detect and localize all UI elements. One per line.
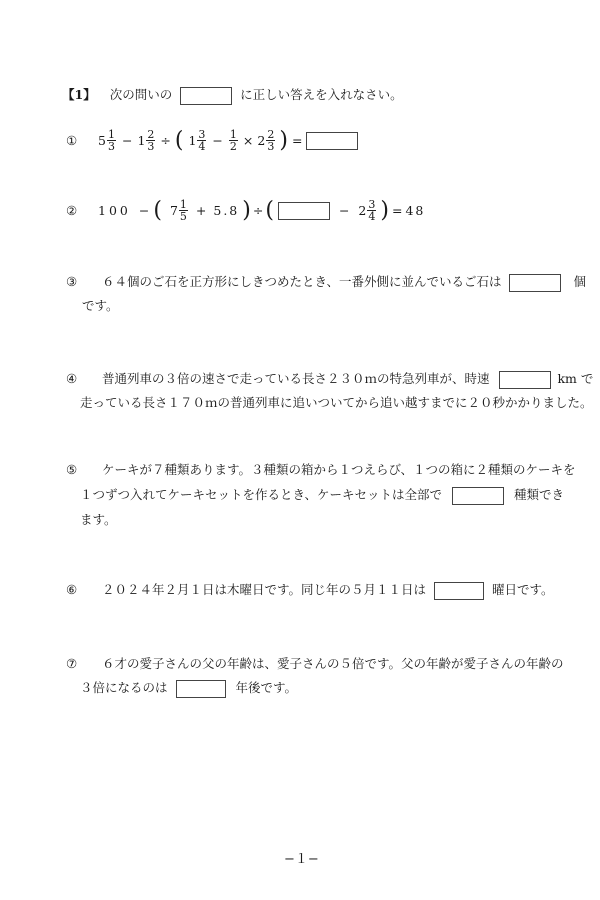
fraction: 12 [229,129,238,152]
section-label: 【1】 [62,87,96,102]
problem-2: ② 100 − ( 7 15 + 5.8 ) ÷ ( − 2 34 ) = 48 [66,198,425,223]
fraction: 15 [179,199,188,222]
problem-number: ⑥ [66,578,90,602]
answer-box-example [180,87,232,105]
problem-number: ④ [66,367,90,391]
problem-number: ③ [66,270,90,294]
problem-1: ① 5 13 − 1 23 ÷ ( 1 34 − 12 × 2 23 ) = [66,128,358,153]
fraction: 34 [367,199,376,222]
problem-number: ⑤ [66,458,90,482]
answer-box-5[interactable] [452,487,504,505]
problem-5: ⑤ ケーキが７種類あります。３種類の箱から１つえらび、１つの箱に２種類のケーキを [66,458,576,482]
answer-box-7[interactable] [176,680,226,698]
answer-box-3[interactable] [509,274,561,292]
problem-number: ⑦ [66,652,90,676]
section-header: 【1】 次の問いの に正しい答えを入れなさい。 [62,83,403,107]
problem-3: ③ ６４個のご石を正方形にしきつめたとき、一番外側に並んでいるご石は 個 [66,270,586,294]
instruction-text-after: に正しい答えを入れなさい。 [240,87,403,102]
problem-4: ④ 普通列車の３倍の速さで走っている長さ２３０ｍの特急列車が、時速 km で [66,367,593,391]
page-number: −１− [284,848,319,867]
fraction: 13 [107,129,116,152]
answer-box-4[interactable] [499,371,551,389]
instruction-text-before: 次の問いの [110,87,173,102]
fraction: 34 [197,129,206,152]
problem-number: ② [66,203,90,218]
answer-box-1[interactable] [306,132,358,150]
problem-number: ① [66,133,90,148]
problem-6: ⑥ ２０２４年２月１日は木曜日です。同じ年の５月１１日は 曜日です。 [66,578,553,602]
answer-box-2[interactable] [278,202,330,220]
fraction: 23 [266,129,275,152]
problem-7: ⑦ ６才の愛子さんの父の年齢は、愛子さんの５倍です。父の年齢が愛子さんの年齢の [66,652,564,676]
answer-box-6[interactable] [434,582,484,600]
fraction: 23 [146,129,155,152]
